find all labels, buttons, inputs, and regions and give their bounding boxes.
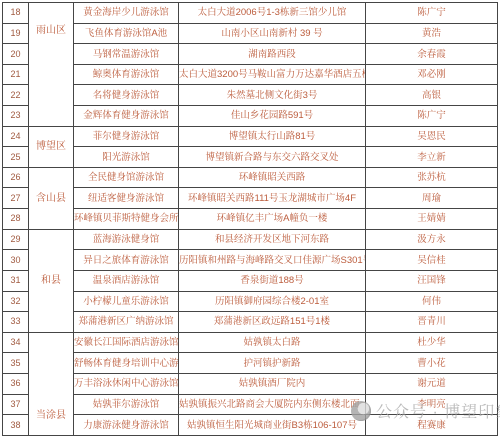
table-row: 34 当涂县 安徽长江国际酒店游泳馆 姑孰镇太白路 杜少华 (3, 332, 498, 353)
contact-person: 何伟 (366, 291, 498, 312)
row-number: 30 (3, 250, 29, 271)
venue-name: 名将健身游泳馆 (74, 85, 179, 106)
venue-address: 郑蒲港新区政远路151号1楼 (179, 312, 366, 333)
contact-person: 陈广宁 (366, 3, 498, 24)
venue-address: 环峰镇昭关西路111号玉龙湖城市广场4F (179, 188, 366, 209)
row-number: 32 (3, 291, 29, 312)
contact-person: 张苏杭 (366, 167, 498, 188)
venue-address: 朱然墓北侧文化街3号 (179, 85, 366, 106)
venue-name: 万丰浴泳休闲中心游泳馆 (74, 373, 179, 394)
district-cell-bowang: 博望区 (29, 126, 74, 167)
contact-person: 李明亮 (366, 394, 498, 415)
row-number: 34 (3, 332, 29, 353)
venue-name: 金辉体育健身游泳馆 (74, 106, 179, 127)
venue-address: 湖南路西段 (179, 44, 366, 65)
table-row: 19 飞鱼体育游泳馆A池 山南小区山南新村 39 号 黄浩 (3, 23, 498, 44)
venue-name: 环峰镇贝菲斯特健身会所 (74, 209, 179, 230)
table-row: 23 金辉体育健身游泳馆 佳山乡花园路591号 陈广宁 (3, 106, 498, 127)
table-row: 28 环峰镇贝菲斯特健身会所 环峰镇亿丰广场A幢负一楼 王婧婧 (3, 209, 498, 230)
venue-address: 博望镇新合路与东交六路交叉处 (179, 147, 366, 168)
contact-person: 黄浩 (366, 23, 498, 44)
venue-name: 鲸奥体育游泳馆 (74, 64, 179, 85)
venue-name: 安徽长江国际酒店游泳馆 (74, 332, 179, 353)
venue-name: 舒畅体育健身培训中心游泳馆 (74, 353, 179, 374)
district-cell-dangtu: 当涂县 (29, 332, 74, 435)
row-number: 33 (3, 312, 29, 333)
venue-name: 纽适客健身游泳馆 (74, 188, 179, 209)
venue-address: 环峰镇昭关西路 (179, 167, 366, 188)
row-number: 36 (3, 373, 29, 394)
table-row: 20 马钢常温游泳馆 湖南路西段 余春霞 (3, 44, 498, 65)
table-row: 25 阳光游泳馆 博望镇新合路与东交六路交叉处 李立新 (3, 147, 498, 168)
venue-address: 山南小区山南新村 39 号 (179, 23, 366, 44)
table-row: 38 力康游泳健身游泳馆 姑孰镇恒生阳光城商业街B3栋106-107号 程赛康 (3, 415, 498, 436)
row-number: 24 (3, 126, 29, 147)
row-number: 29 (3, 229, 29, 250)
venue-name: 郑蒲港新区广纳游泳馆 (74, 312, 179, 333)
table-row: 18 雨山区 黄金海岸少儿游泳馆 太白大道2006号1-3栋新三馆少儿馆 陈广宁 (3, 3, 498, 24)
row-number: 35 (3, 353, 29, 374)
contact-person: 吴恩民 (366, 126, 498, 147)
table-row: 29 和县 蓝海游泳健身馆 和县经济开发区地下河东路 汲方永 (3, 229, 498, 250)
contact-person: 余春霞 (366, 44, 498, 65)
table-row: 22 名将健身游泳馆 朱然墓北侧文化街3号 高银 (3, 85, 498, 106)
row-number: 19 (3, 23, 29, 44)
venue-name: 姑孰菲尔游泳馆 (74, 394, 179, 415)
venue-address: 姑孰镇恒生阳光城商业街B3栋106-107号 (179, 415, 366, 436)
row-number: 31 (3, 270, 29, 291)
contact-person: 曹小花 (366, 353, 498, 374)
table-row: 32 小柠檬儿童乐游泳馆 历阳镇御府园综合楼2-01室 何伟 (3, 291, 498, 312)
venue-name: 全民健身馆游泳馆 (74, 167, 179, 188)
row-number: 18 (3, 3, 29, 24)
contact-person: 李立新 (366, 147, 498, 168)
venue-name: 阳光游泳馆 (74, 147, 179, 168)
contact-person: 汪国锋 (366, 270, 498, 291)
contact-person: 杜少华 (366, 332, 498, 353)
contact-person: 周瑜 (366, 188, 498, 209)
contact-person: 陈广宁 (366, 106, 498, 127)
venue-name: 小柠檬儿童乐游泳馆 (74, 291, 179, 312)
row-number: 27 (3, 188, 29, 209)
venue-address: 太白大道2006号1-3栋新三馆少儿馆 (179, 3, 366, 24)
swimming-pool-table: 18 雨山区 黄金海岸少儿游泳馆 太白大道2006号1-3栋新三馆少儿馆 陈广宁… (2, 2, 498, 436)
row-number: 26 (3, 167, 29, 188)
table-row: 36 万丰浴泳休闲中心游泳馆 姑孰镇酒厂院内 谢元道 (3, 373, 498, 394)
contact-person: 王婧婧 (366, 209, 498, 230)
table-row: 37 姑孰菲尔游泳馆 姑孰镇振兴北路商会大厦院内东侧东楼北面一楼 李明亮 (3, 394, 498, 415)
table-row: 21 鲸奥体育游泳馆 太白大道3200号马鞍山富力万达嘉华酒店五楼 邓必刚 (3, 64, 498, 85)
table-row: 30 异日之旅体育游泳馆 历阳镇和州路与海峰路交叉口佳源广场S301号 吴信桂 (3, 250, 498, 271)
venue-name: 菲尔健身游泳馆 (74, 126, 179, 147)
venue-name: 异日之旅体育游泳馆 (74, 250, 179, 271)
venue-address: 护河镇护新路 (179, 353, 366, 374)
row-number: 20 (3, 44, 29, 65)
venue-address: 历阳镇和州路与海峰路交叉口佳源广场S301号 (179, 250, 366, 271)
table-row: 26 含山县 全民健身馆游泳馆 环峰镇昭关西路 张苏杭 (3, 167, 498, 188)
venue-address: 和县经济开发区地下河东路 (179, 229, 366, 250)
district-cell-hanshan: 含山县 (29, 167, 74, 229)
row-number: 23 (3, 106, 29, 127)
district-cell-hexian: 和县 (29, 229, 74, 332)
venue-name: 飞鱼体育游泳馆A池 (74, 23, 179, 44)
venue-address: 佳山乡花园路591号 (179, 106, 366, 127)
venue-address: 香泉街道188号 (179, 270, 366, 291)
row-number: 37 (3, 394, 29, 415)
venue-address: 历阳镇御府园综合楼2-01室 (179, 291, 366, 312)
venue-name: 蓝海游泳健身馆 (74, 229, 179, 250)
venue-name: 马钢常温游泳馆 (74, 44, 179, 65)
row-number: 21 (3, 64, 29, 85)
venue-name: 黄金海岸少儿游泳馆 (74, 3, 179, 24)
venue-address: 姑孰镇酒厂院内 (179, 373, 366, 394)
table-row: 24 博望区 菲尔健身游泳馆 博望镇太行山路81号 吴恩民 (3, 126, 498, 147)
district-cell-yushan: 雨山区 (29, 3, 74, 127)
row-number: 22 (3, 85, 29, 106)
venue-address: 环峰镇亿丰广场A幢负一楼 (179, 209, 366, 230)
venue-name: 温泉酒店游泳馆 (74, 270, 179, 291)
contact-person: 程赛康 (366, 415, 498, 436)
venue-address: 姑孰镇太白路 (179, 332, 366, 353)
table-row: 33 郑蒲港新区广纳游泳馆 郑蒲港新区政远路151号1楼 晋青川 (3, 312, 498, 333)
table-row: 35 舒畅体育健身培训中心游泳馆 护河镇护新路 曹小花 (3, 353, 498, 374)
contact-person: 吴信桂 (366, 250, 498, 271)
contact-person: 谢元道 (366, 373, 498, 394)
contact-person: 高银 (366, 85, 498, 106)
contact-person: 邓必刚 (366, 64, 498, 85)
contact-person: 汲方永 (366, 229, 498, 250)
row-number: 28 (3, 209, 29, 230)
row-number: 25 (3, 147, 29, 168)
row-number: 38 (3, 415, 29, 436)
contact-person: 晋青川 (366, 312, 498, 333)
venue-address: 姑孰镇振兴北路商会大厦院内东侧东楼北面一楼 (179, 394, 366, 415)
venue-address: 博望镇太行山路81号 (179, 126, 366, 147)
table-row: 27 纽适客健身游泳馆 环峰镇昭关西路111号玉龙湖城市广场4F 周瑜 (3, 188, 498, 209)
venue-name: 力康游泳健身游泳馆 (74, 415, 179, 436)
venue-address: 太白大道3200号马鞍山富力万达嘉华酒店五楼 (179, 64, 366, 85)
table-row: 31 温泉酒店游泳馆 香泉街道188号 汪国锋 (3, 270, 498, 291)
